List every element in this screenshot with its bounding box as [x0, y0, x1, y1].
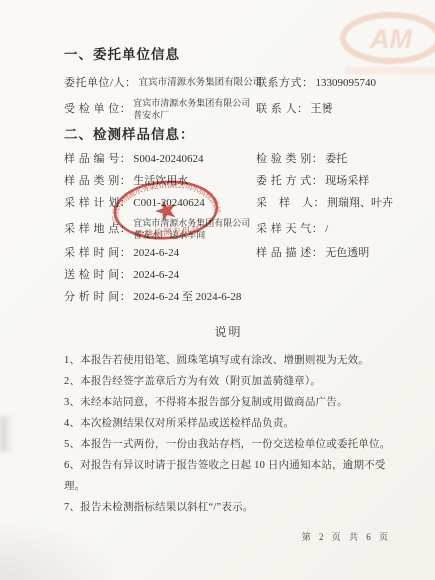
sample-desc-value: 无色透明: [325, 246, 369, 261]
contact-person-value: 王赟: [311, 102, 333, 117]
sample-row-2: 采 样 计 划： C001-20240624 采 样 人： 荆瑞翔、叶卉: [64, 196, 393, 211]
commission-mode-label: 委 托 方 式：: [256, 174, 323, 189]
analysis-time-cell: 分 析 时 间： 2024-6-24 至 2024-6-28: [64, 290, 324, 305]
sample-row-6: 分 析 时 间： 2024-6-24 至 2024-6-28: [64, 290, 393, 305]
note-item-3: 3、未经本站同意，不得将本报告部分复制或用做商品广告。: [64, 392, 393, 413]
inspect-type-value: 委托: [325, 152, 347, 167]
sample-no-label: 样 品 编 号：: [64, 152, 131, 167]
sampling-site-value: 宜宾市清源水务集团有限公司 普安水厂送水车间: [133, 218, 250, 241]
note-item-6: 6、对报告有异议时请于报告签收之日起 10 日内通知本站，逾期不受理。: [64, 455, 393, 497]
sampling-time-label: 采 样 时 间：: [64, 246, 131, 261]
sampling-plan-label: 采 样 计 划：: [64, 196, 131, 211]
scan-corner-shade: [0, 520, 120, 580]
contact-person-cell: 联 系 人： 王赟: [256, 98, 393, 121]
sampling-time-value: 2024-6-24: [133, 246, 179, 261]
note-item-4: 4、本次检测结果仅对所采样品或送检样品负责。: [64, 413, 393, 434]
note-item-2: 2、本报告经签字盖章后方为有效（附页加盖骑缝章）。: [64, 371, 393, 392]
inspected-unit-value-line1: 宜宾市清源水务集团有限公司: [133, 98, 250, 110]
commission-mode-value: 现场采样: [325, 174, 369, 189]
inspect-type-cell: 检 验 类 别： 委托: [256, 152, 393, 167]
sampler-label: 采 样 人：: [256, 196, 325, 211]
watermark-subtext-blur: [345, 67, 435, 74]
inspect-type-label: 检 验 类 别：: [256, 152, 323, 167]
sampling-site-value-line2: 普安水厂送水车间: [133, 230, 250, 242]
sample-no-cell: 样 品 编 号： S004-20240624: [64, 152, 256, 167]
report-page: AM 一、委托单位信息 委托单位/人： 宜宾市清源水务集团有限公司 联系方式： …: [0, 0, 435, 580]
scan-smudge: [0, 416, 13, 452]
sampling-site-value-line1: 宜宾市清源水务集团有限公司: [133, 218, 250, 230]
client-cell: 委托单位/人： 宜宾市清源水务集团有限公司: [64, 76, 256, 91]
weather-label: 采 样 天 气：: [256, 222, 323, 237]
sampler-value: 荆瑞翔、叶卉: [327, 196, 393, 211]
client-row: 委托单位/人： 宜宾市清源水务集团有限公司 联系方式： 13309095740: [64, 76, 393, 91]
delivery-time-value: 2024-6-24: [133, 268, 179, 283]
sample-row-5: 送 检 时 间： 2024-6-24: [64, 268, 393, 283]
inspected-unit-label: 受 检 单 位：: [64, 102, 131, 117]
inspected-unit-cell: 受 检 单 位： 宜宾市清源水务集团有限公司 普安水厂: [64, 98, 256, 121]
sample-no-value: S004-20240624: [133, 152, 203, 167]
analysis-time-value: 2024-6-24 至 2024-6-28: [133, 290, 241, 305]
note-item-7: 7、报告未检测指标结果以斜杠“/”表示。: [64, 497, 393, 518]
empty-cell: [256, 268, 393, 283]
inspected-unit-value: 宜宾市清源水务集团有限公司 普安水厂: [133, 98, 250, 121]
client-section-title: 一、委托单位信息: [64, 46, 393, 64]
sample-type-cell: 样 品 类 别： 生活饮用水: [64, 174, 256, 189]
contact-person-label: 联 系 人：: [256, 102, 309, 117]
note-item-5: 5、本报告一式两份，一份由我站存档，一份交送检单位或委托单位。: [64, 434, 393, 455]
sample-section-title: 二、检测样品信息：: [64, 126, 393, 144]
sampling-site-label: 采 样 地 点：: [64, 222, 131, 237]
weather-value: /: [325, 222, 328, 237]
weather-cell: 采 样 天 气： /: [256, 218, 393, 241]
sample-row-0: 样 品 编 号： S004-20240624 检 验 类 别： 委托: [64, 152, 393, 167]
note-item-1: 1、本报告若使用铅笔、圆珠笔填写或有涂改、增删则视为无效。: [64, 350, 393, 371]
sample-type-label: 样 品 类 别：: [64, 174, 131, 189]
page-number: 第 2 页 共 6 页: [302, 530, 391, 543]
notes-section: 说明 1、本报告若使用铅笔、圆珠笔填写或有涂改、增删则视为无效。 2、本报告经签…: [64, 323, 393, 518]
sample-row-1: 样 品 类 别： 生活饮用水 委 托 方 式： 现场采样: [64, 174, 393, 189]
sampling-plan-cell: 采 样 计 划： C001-20240624: [64, 196, 256, 211]
sample-desc-label: 样 品 描 述：: [256, 246, 323, 261]
contact-method-label: 联系方式：: [256, 76, 314, 91]
client-label: 委托单位/人：: [64, 76, 137, 91]
notes-title: 说明: [64, 323, 393, 340]
sample-desc-cell: 样 品 描 述： 无色透明: [256, 246, 393, 261]
inspected-unit-value-line2: 普安水厂: [133, 110, 250, 122]
empty-cell: [324, 290, 393, 305]
contact-method-value: 13309095740: [316, 76, 377, 91]
sample-row-4: 采 样 时 间： 2024-6-24 样 品 描 述： 无色透明: [64, 246, 393, 261]
analysis-time-label: 分 析 时 间：: [64, 290, 131, 305]
inspected-unit-row: 受 检 单 位： 宜宾市清源水务集团有限公司 普安水厂 联 系 人： 王赟: [64, 98, 393, 121]
commission-mode-cell: 委 托 方 式： 现场采样: [256, 174, 393, 189]
client-value: 宜宾市清源水务集团有限公司: [139, 76, 263, 91]
contact-method-cell: 联系方式： 13309095740: [256, 76, 393, 91]
sample-type-value: 生活饮用水: [133, 174, 188, 189]
sample-row-3: 采 样 地 点： 宜宾市清源水务集团有限公司 普安水厂送水车间 采 样 天 气：…: [64, 218, 393, 241]
sampling-site-cell: 采 样 地 点： 宜宾市清源水务集团有限公司 普安水厂送水车间: [64, 218, 256, 241]
delivery-time-cell: 送 检 时 间： 2024-6-24: [64, 268, 256, 283]
delivery-time-label: 送 检 时 间：: [64, 268, 131, 283]
sampling-plan-value: C001-20240624: [133, 196, 205, 211]
sampling-time-cell: 采 样 时 间： 2024-6-24: [64, 246, 256, 261]
sampler-cell: 采 样 人： 荆瑞翔、叶卉: [256, 196, 393, 211]
